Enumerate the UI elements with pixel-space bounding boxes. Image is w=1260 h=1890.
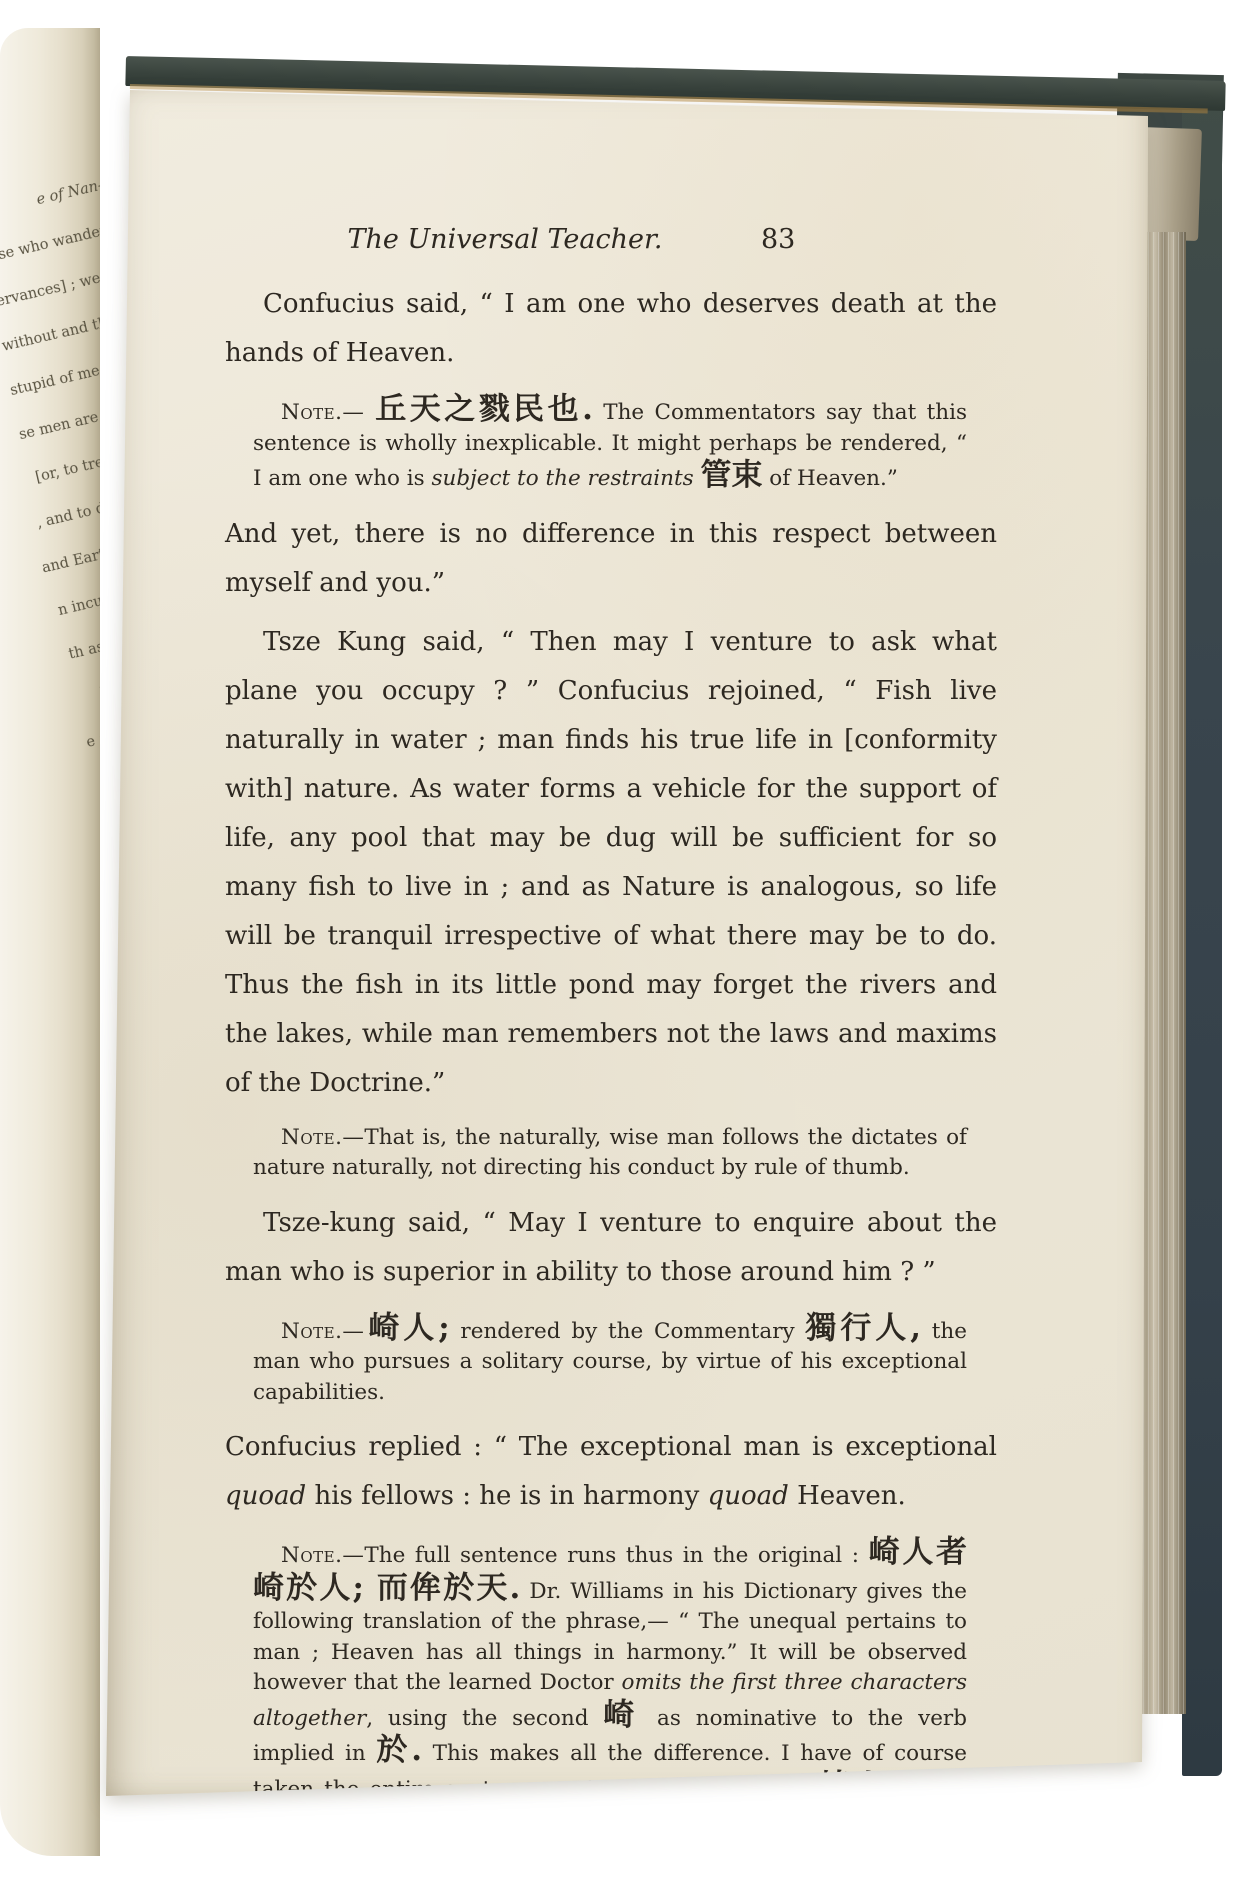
text-segment: 崎人; <box>364 1310 449 1346</box>
body-paragraph: And yet, there is no difference in this … <box>225 510 997 608</box>
text-segment: 丘天之戮民也. <box>375 391 593 427</box>
recto-page: The Universal Teacher. 83 Confucius said… <box>96 86 1148 1800</box>
book-photo: e of Nan-Hua.of those who wander withibs… <box>0 0 1260 1890</box>
text-segment: Tsze Kung said, “ Then may I venture to … <box>225 627 997 1098</box>
text-segment: subject to the restraints <box>432 466 701 491</box>
body-paragraph: Confucius replied : “ The exceptional ma… <box>225 1423 997 1521</box>
text-blocks: Confucius said, “ I am one who deserves … <box>225 280 997 1836</box>
text-segment: , using the second <box>366 1706 603 1731</box>
body-paragraph: Confucius said, “ I am one who deserves … <box>225 280 997 378</box>
text-segment: 於. <box>376 1732 422 1768</box>
text-segment: Heaven. <box>789 1481 906 1511</box>
text-segment: of Heaven.” <box>762 466 897 491</box>
text-segment: 崎人 <box>819 1768 888 1804</box>
text-segment: quoad <box>708 1481 789 1511</box>
text-segment: his fellows : he is in harmony <box>306 1481 707 1511</box>
text-segment: 獨行人, <box>805 1310 921 1346</box>
text-segment: 崎 <box>603 1697 642 1733</box>
text-segment: Note.— <box>281 1319 364 1344</box>
running-header: The Universal Teacher. 83 <box>225 224 997 266</box>
text-segment: Confucius said, “ I am one who deserves … <box>225 289 997 368</box>
recto-page-wrap: The Universal Teacher. 83 Confucius said… <box>0 0 1260 1890</box>
body-paragraph: Tsze Kung said, “ Then may I venture to … <box>225 618 997 1108</box>
note-block: Note.—The full sentence runs thus in the… <box>225 1536 967 1836</box>
text-segment: Confucius replied : “ The exceptional ma… <box>225 1432 997 1462</box>
text-segment: Tsze-kung said, “ May I venture to enqui… <box>225 1208 997 1287</box>
page-title: The Universal Teacher. <box>347 224 662 255</box>
body-paragraph: Tsze-kung said, “ May I venture to enqui… <box>225 1199 997 1297</box>
text-segment: quoad <box>225 1481 306 1511</box>
text-segment: Note.— <box>281 1125 364 1150</box>
text-segment: Note.— <box>281 400 375 425</box>
text-segment: And yet, there is no difference in this … <box>225 519 997 598</box>
note-block: Note.—崎人; rendered by the Commentary 獨行人… <box>225 1312 967 1409</box>
note-block: Note.—That is, the naturally, wise man f… <box>225 1123 967 1184</box>
note-block: Note.— 丘天之戮民也. The Commentators say that… <box>225 393 967 495</box>
text-segment: Note.— <box>281 1543 364 1568</box>
text-segment: 管束 <box>701 457 763 493</box>
text-segment: The full sentence runs thus in the origi… <box>364 1543 868 1568</box>
text-column: The Universal Teacher. 83 Confucius said… <box>225 224 997 1851</box>
text-segment: rendered by the Commentary <box>450 1319 806 1344</box>
page-number: 83 <box>761 224 795 255</box>
